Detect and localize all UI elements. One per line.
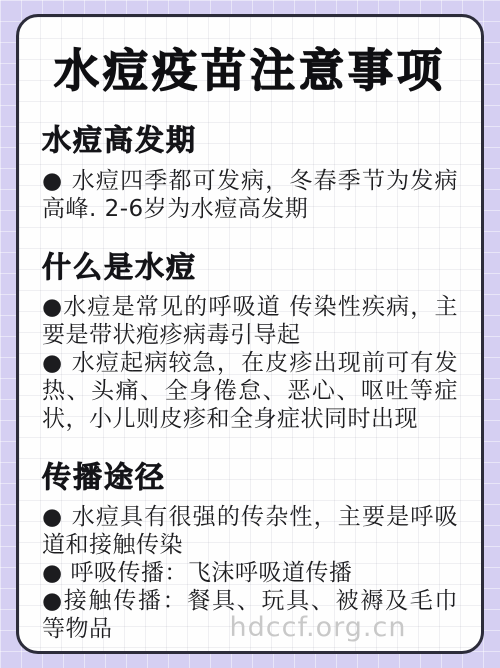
bullet-item: ● 呼吸传播：飞沫呼吸道传播: [42, 559, 458, 587]
section-heading-what-is-chickenpox: 什么是水痘: [42, 251, 458, 284]
page-background: { "page": { "title": "水痘疫苗注意事项", "waterm…: [0, 0, 500, 668]
section-high-incidence: 水痘高发期 ● 水痘四季都可发病，冬春季节为发病高峰. 2-6岁为水痘高发期: [42, 124, 458, 222]
bullet-item: ● 水痘四季都可发病，冬春季节为发病高峰. 2-6岁为水痘高发期: [42, 167, 458, 223]
section-what-is-chickenpox: 什么是水痘 ●水痘是常见的呼吸道 传染性疾病，主要是带状疱疹病毒引导起 ● 水痘…: [42, 251, 458, 433]
watermark: hdccf.org.cn: [230, 612, 407, 643]
bullet-item: ●水痘是常见的呼吸道 传染性疾病，主要是带状疱疹病毒引导起: [42, 293, 458, 349]
bullet-item: ● 水痘起病较急，在皮疹出现前可有发热、头痛、全身倦怠、恶心、呕吐等症状，小儿则…: [42, 349, 458, 433]
page-title: 水痘疫苗注意事项: [42, 47, 458, 94]
info-card: 水痘疫苗注意事项 水痘高发期 ● 水痘四季都可发病，冬春季节为发病高峰. 2-6…: [16, 14, 484, 654]
section-heading-transmission-routes: 传播途径: [42, 461, 458, 494]
section-heading-high-incidence: 水痘高发期: [42, 124, 458, 157]
bullet-item: ● 水痘具有很强的传杂性，主要是呼吸道和接触传染: [42, 503, 458, 559]
